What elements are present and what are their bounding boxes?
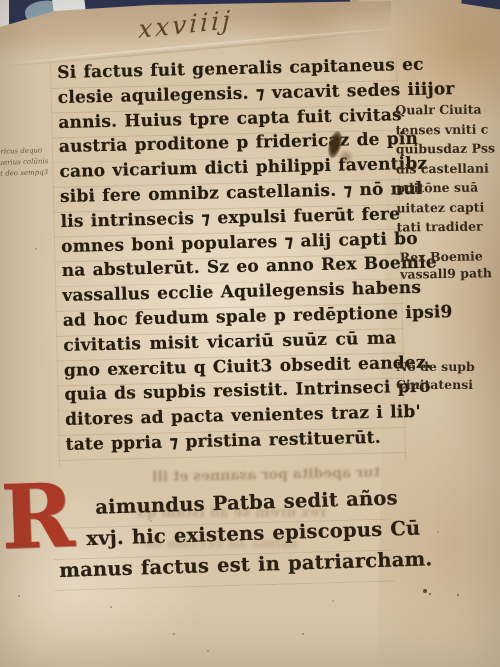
facing-page-margin-note: Nō de supb Ciuitatensi (396, 358, 475, 394)
main-text-block: Si factus fuit generalis capitaneus ec c… (57, 55, 399, 459)
manuscript-photo: xxviiij tur apedita por asannes et ill r… (0, 0, 500, 667)
note-line: vassall9 path (400, 264, 492, 283)
note-line: Nō de supb (396, 358, 475, 376)
background-white-sliver (0, 0, 9, 28)
note-line: Qualr Ciuita (395, 99, 494, 120)
gloss-line: sit deo sempq3 (0, 167, 55, 180)
note-line: tati tradider (397, 216, 496, 237)
note-line: uitatez capti (396, 197, 495, 218)
facing-page-margin-note: Rex Boemie vassall9 path (400, 247, 492, 283)
note-line: Rex Boemie (400, 247, 492, 266)
left-margin-gloss: tericus dequo querius colūnis sit deo se… (0, 145, 55, 180)
note-line: pditōne suā (396, 177, 495, 198)
rubric-paragraph: aimundus Patba sedit años xvj. hic exist… (57, 487, 393, 590)
note-line: dis castellani (396, 158, 495, 179)
parchment-specks (0, 0, 2, 2)
ink-blot (338, 149, 354, 165)
note-line: Ciuitatensi (396, 376, 475, 394)
note-line: tenses vniti c (395, 119, 494, 140)
facing-page-margin-note: Qualr Ciuita tenses vniti c quibusdaz Ps… (395, 99, 496, 237)
note-line: quibusdaz Pss (396, 138, 495, 159)
